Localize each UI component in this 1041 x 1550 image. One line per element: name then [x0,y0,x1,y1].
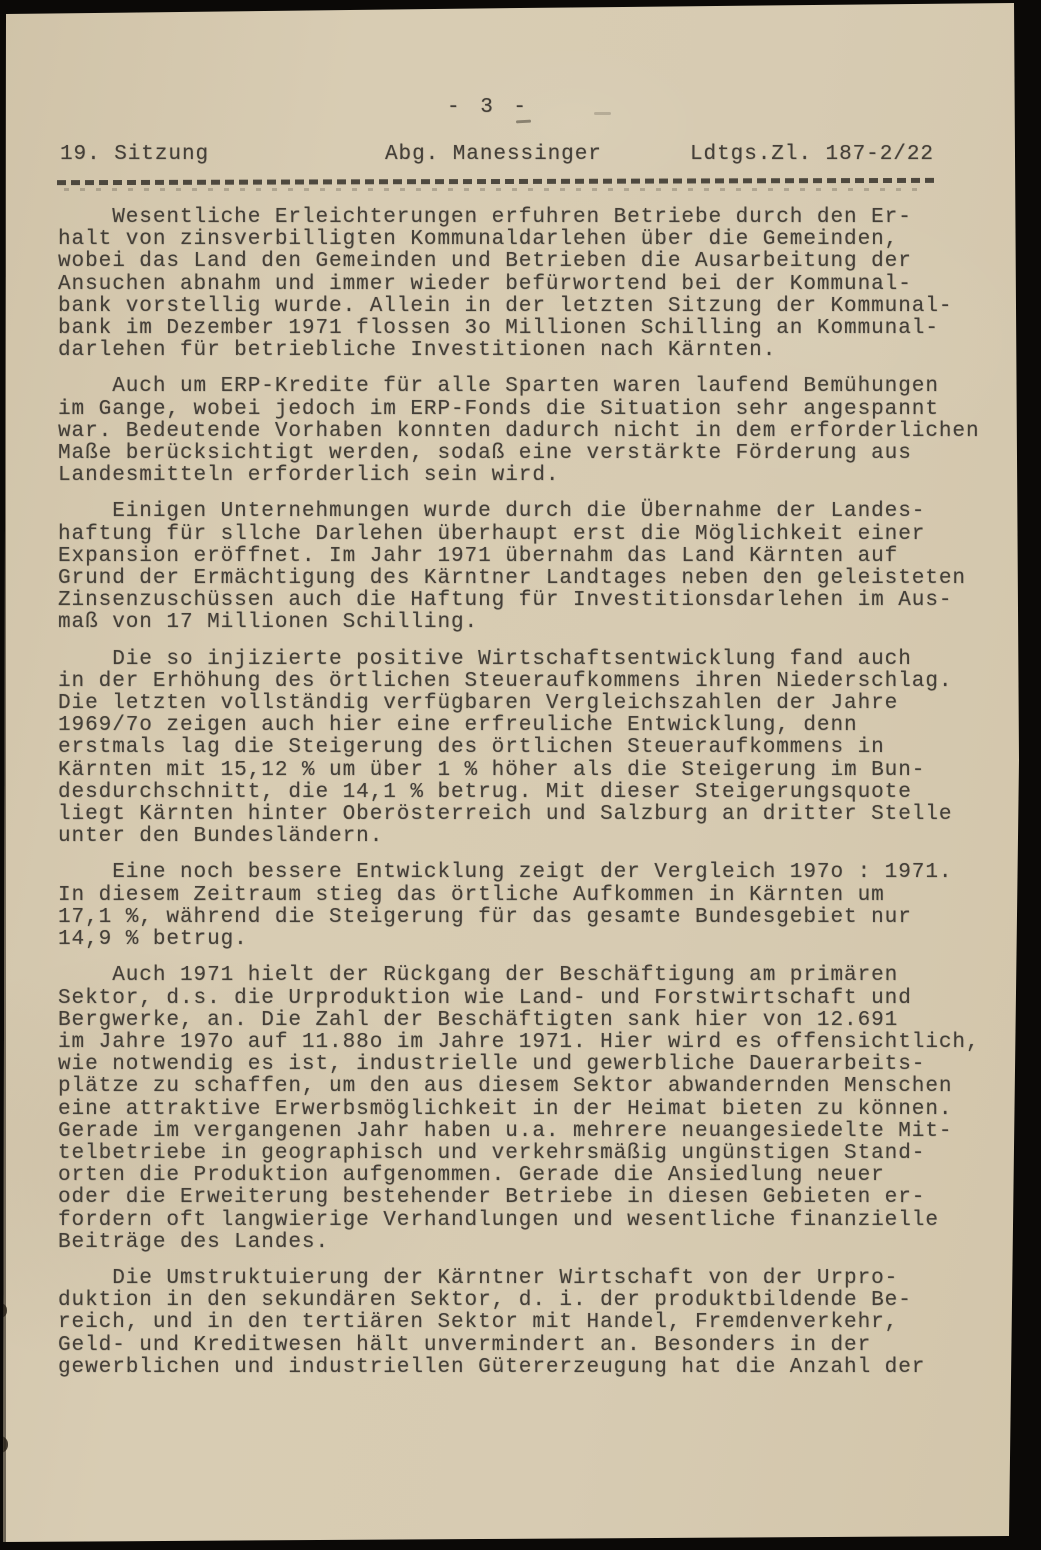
speaker-name: Abg. Manessinger [385,143,602,166]
dashed-divider [57,178,938,185]
paragraph-erp-kredite: Auch um ERP-Kredite für alle Sparten war… [58,376,1008,487]
page-number: - 3 - [447,96,530,119]
paragraph-beschaeftigung-primaerer-sektor: Auch 1971 hielt der Rückgang der Beschäf… [58,965,1008,1254]
paper-sheet: - 3 - 19. Sitzung Abg. Manessinger Ldtgs… [0,0,1041,1550]
paper-edge-mark [0,1436,8,1453]
paragraph-vergleich-1970-1971: Eine noch bessere Entwicklung zeigt der … [58,862,1008,951]
left-edge-shadow [0,0,6,1550]
paragraph-kommunaldarlehen: Wesentliche Erleichterungen erfuhren Bet… [58,207,1008,362]
session-label: 19. Sitzung [60,143,209,166]
paragraph-landeshaftung: Einigen Unternehmungen wurde durch die Ü… [58,501,1008,634]
paragraph-umstrukturierung: Die Umstruktuierung der Kärntner Wirtsch… [58,1268,1008,1379]
document-header: 19. Sitzung Abg. Manessinger Ldtgs.Zl. 1… [0,143,1041,169]
ink-smudge [516,120,531,124]
paper-edge-mark [0,1303,7,1318]
document-body: Wesentliche Erleichterungen erfuhren Bet… [58,207,1008,1393]
paragraph-steueraufkommen: Die so injizierte positive Wirtschaftsen… [58,649,1008,849]
document-reference: Ldtgs.Zl. 187-2/22 [690,143,934,166]
scanned-document-page: - 3 - 19. Sitzung Abg. Manessinger Ldtgs… [0,0,1041,1550]
ink-smudge [594,112,611,115]
dashed-divider-echo [64,188,926,191]
